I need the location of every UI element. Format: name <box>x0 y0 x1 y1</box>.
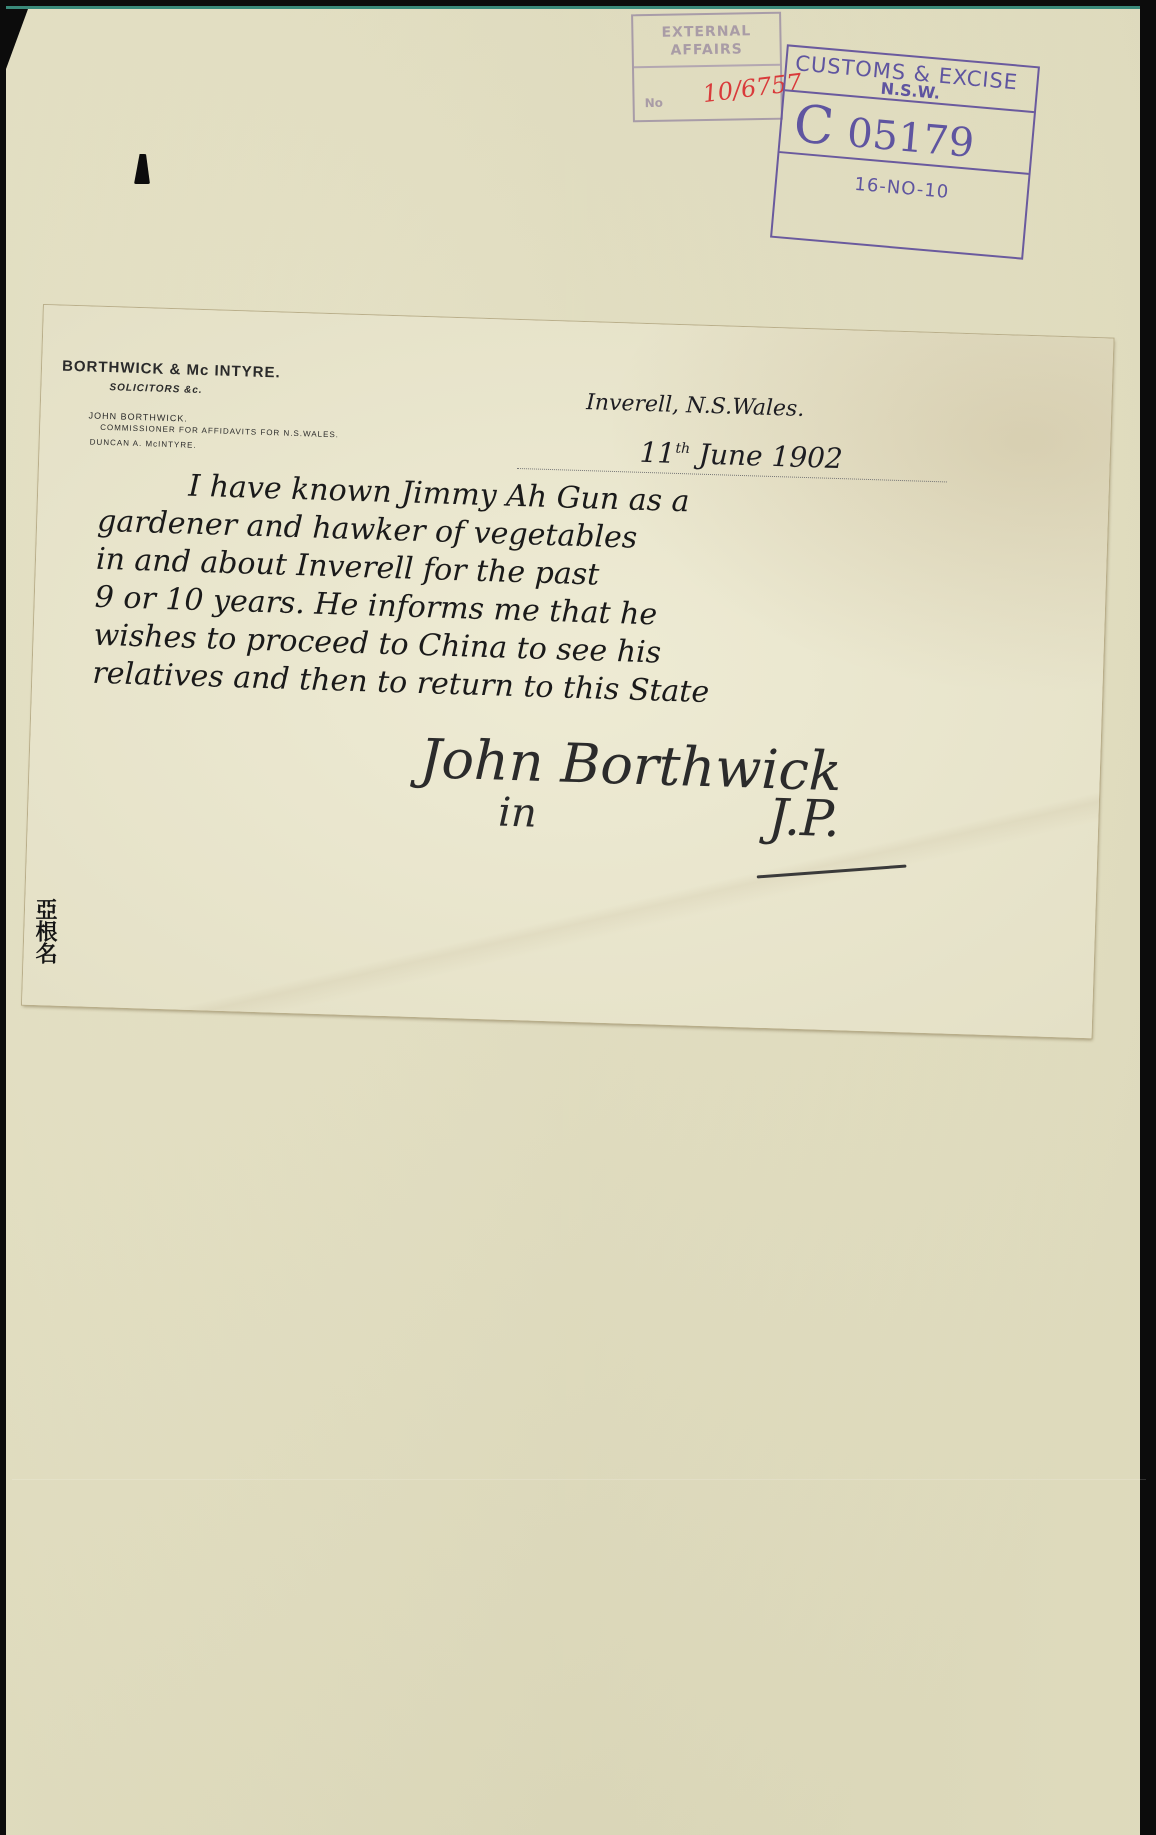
fold-line <box>12 1479 1146 1480</box>
stamp-divider <box>634 64 780 69</box>
external-affairs-stamp: EXTERNAL AFFAIRS No 10/6757 <box>631 12 783 123</box>
date-month-year: June 1902 <box>698 438 843 476</box>
stamp-no-label: No <box>644 96 663 110</box>
letter-body: I have known Jimmy Ah Gun as a gardener … <box>92 465 1059 723</box>
letter-date: 11th June 1902 <box>639 436 843 475</box>
signature-flourish <box>757 865 907 879</box>
firm-profession: SOLICITORS &c. <box>109 382 340 400</box>
punch-hole-mark <box>134 154 150 184</box>
letter-place: Inverell, N.S.Wales. <box>586 390 805 422</box>
signature-title-jp: J.P. <box>767 788 840 848</box>
customs-stamp-number: 05179 <box>845 110 976 167</box>
letter-card: BORTHWICK & Mc INTYRE. SOLICITORS &c. JO… <box>22 305 1113 1038</box>
torn-corner <box>6 9 28 69</box>
letterhead: BORTHWICK & Mc INTYRE. SOLICITORS &c. JO… <box>60 358 342 455</box>
signature-sub: in <box>498 790 538 837</box>
customs-excise-stamp: CUSTOMS & EXCISE N.S.W. C05179 16-NO-10 <box>770 44 1040 259</box>
customs-stamp-letter: C <box>791 94 836 157</box>
partner-2-name: DUNCAN A. McINTYRE. <box>90 438 339 455</box>
stamp-title-line2: AFFAIRS <box>634 40 780 61</box>
date-day: 11 <box>639 436 676 470</box>
chinese-margin-note: 亞根名 <box>30 898 61 964</box>
date-suffix: th <box>675 441 690 457</box>
firm-name: BORTHWICK & Mc INTYRE. <box>62 358 341 384</box>
